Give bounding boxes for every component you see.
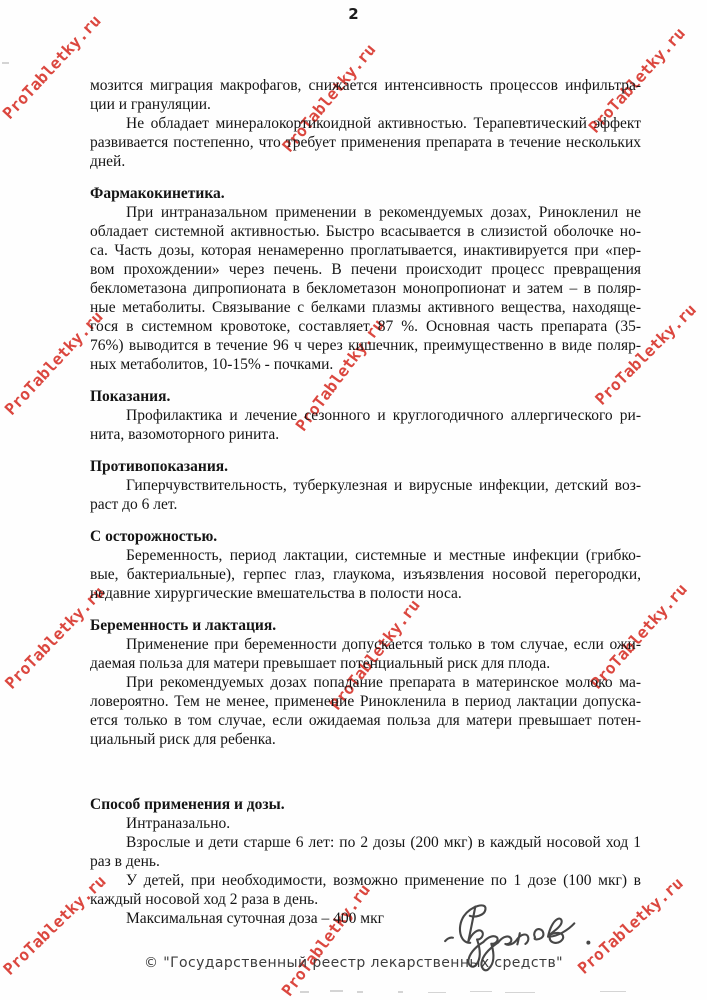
text-line: Гиперчувствительность, туберкулезная и в… [90,476,641,495]
scanned-document-page: 2 ProTabletky.ruProTabletky.ruProTabletk… [0,0,707,1000]
section-heading: Противопоказания. [90,457,641,476]
scan-artifact [300,991,309,993]
paragraph: Профилактика и лечение сезонного и кругл… [90,406,641,444]
paragraph: Применение при беременности допускается … [90,635,641,673]
text-line: вые, бактериальные), герпес глаз, глауко… [90,565,641,584]
text-line: Не обладает минералокортикоидной активно… [90,114,641,133]
text-line: дней. [90,152,641,171]
text-line: У детей, при необходимости, возможно при… [90,871,641,890]
text-line: Взрослые и дети старше 6 лет: по 2 дозы … [90,833,641,852]
text-line: обладает системной активностью. Быстро в… [90,222,641,241]
text-line: гося в системном кровотоке, составляет 8… [90,317,641,336]
text-line: развивается постепенно, что требует прим… [90,133,641,152]
scan-artifact [470,991,492,992]
text-line: ции и грануляции. [90,95,641,114]
copyright-line: © "Государственный реестр лекарственных … [0,955,707,971]
text-line: 76%) выводится в течение 96 ч через кише… [90,336,641,355]
text-line: Профилактика и лечение сезонного и кругл… [90,406,641,425]
scan-artifact [428,992,446,993]
paragraph: Не обладает минералокортикоидной активно… [90,114,641,171]
page-number: 2 [0,5,707,23]
section-heading: Беременность и лактация. [90,616,641,635]
text-line: беклометазона дипропионата в беклометазо… [90,279,641,298]
text-line: нита, вазомоторного ринита. [90,425,641,444]
text-line: мозится миграция макрофагов, снижается и… [90,76,641,95]
text-line: ных метаболитов, 10-15% - почками. [90,355,641,374]
text-line: При интраназальном применении в рекоменд… [90,203,641,222]
paragraph: мозится миграция макрофагов, снижается и… [90,76,641,114]
text-line: При рекомендуемых дозах попадание препар… [90,673,641,692]
document-body: мозится миграция макрофагов, снижается и… [90,76,641,928]
scan-artifact [398,991,403,993]
text-line: вом прохождении» через печень. В печени … [90,260,641,279]
text-line: са. Часть дозы, которая ненамеренно прог… [90,241,641,260]
text-line: циальный риск для ребенка. [90,730,641,749]
text-line: даемая польза для матери превышает потен… [90,654,641,673]
section-heading: Фармакокинетика. [90,184,641,203]
scan-artifact [600,991,626,992]
text-line: Беременность, период лактации, системные… [90,546,641,565]
text-line: ные метаболиты. Связывание с белками пла… [90,298,641,317]
text-line: раст до 6 лет. [90,495,641,514]
text-line: недавние хирургические вмешательства в п… [90,584,641,603]
text-line: ловероятно. Тем не менее, применение Рин… [90,692,641,711]
section-heading: С осторожностью. [90,527,641,546]
section-heading: Способ применения и дозы. [90,795,641,814]
scan-artifact [330,990,343,992]
text-line: Интраназально. [90,814,641,833]
text-line: раз в день. [90,852,641,871]
scan-artifact [357,991,363,993]
scan-artifact [2,62,9,64]
paragraph: При интраназальном применении в рекоменд… [90,203,641,374]
paragraph: Гиперчувствительность, туберкулезная и в… [90,476,641,514]
section-heading: Показания. [90,387,641,406]
scan-artifact [505,992,535,993]
paragraph: Беременность, период лактации, системные… [90,546,641,603]
paragraph: Взрослые и дети старше 6 лет: по 2 дозы … [90,833,641,871]
paragraph: При рекомендуемых дозах попадание препар… [90,673,641,749]
text-line: Применение при беременности допускается … [90,635,641,654]
paragraph: Интраназально. [90,814,641,833]
watermark-text: ProTabletky.ru [0,12,104,122]
text-line: ется только в том случае, если ожидаемая… [90,711,641,730]
